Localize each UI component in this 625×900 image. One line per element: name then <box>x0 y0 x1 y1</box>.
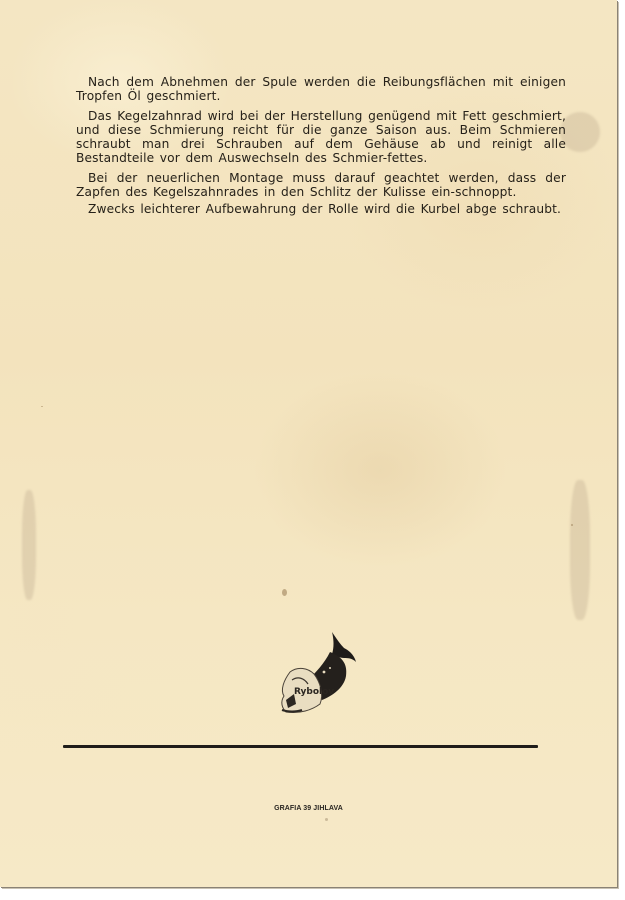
paragraph: Zwecks leichterer Aufbewahrung der Rolle… <box>76 202 566 216</box>
paper-crease <box>22 490 36 600</box>
document-page: Nach dem Abnehmen der Spule werden die R… <box>0 0 617 887</box>
paragraph: Bei der neuerlichen Montage muss darauf … <box>76 171 566 199</box>
paper-stain <box>282 589 287 596</box>
printer-imprint: GRAFIA 39 JIHLAVA <box>0 805 617 812</box>
paper-stain <box>41 406 43 407</box>
paper-crease <box>570 480 590 620</box>
paper-stain <box>571 524 573 526</box>
paper-crease <box>560 112 600 152</box>
horizontal-rule <box>63 745 538 748</box>
paragraph: Das Kegelzahnrad wird bei der Herstellun… <box>76 109 566 165</box>
logo-text: Rybolov <box>294 687 334 697</box>
fish-logo-icon: Rybolov <box>274 628 360 720</box>
paper-stain <box>325 818 328 821</box>
paragraph: Nach dem Abnehmen der Spule werden die R… <box>76 75 566 103</box>
body-text: Nach dem Abnehmen der Spule werden die R… <box>76 75 566 222</box>
